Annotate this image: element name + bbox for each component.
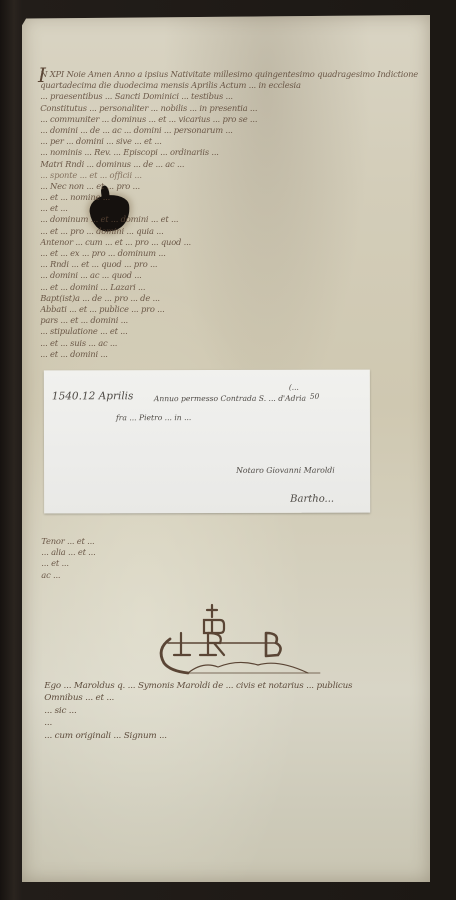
attestation-line: ... [44,717,421,729]
label-catalog-line-1: (... [289,383,299,392]
label-title-line-2: fra ... Pietro ... in ... [116,413,191,422]
body-line: ... per ... domini ... sive ... et ... [40,136,428,147]
label-notary-name: Notaro Giovanni Maroldi [236,466,335,475]
body-line: ... et ... ex ... pro ... dominum ... [40,248,428,259]
body-line: pars ... et ... domini ... [40,315,428,326]
body-line: ... communiter ... dominus ... et ... vi… [40,114,428,125]
attestation-line: ... cum originali ... Signum ... [44,730,421,742]
attestation-line: Ego ... Maroldus q. ... Symonis Maroldi … [44,680,421,692]
attestation-line: ... sic ... [44,705,421,717]
lower-line: ... et ... [41,558,418,569]
body-line: quartadecima die duodecima mensis Aprili… [40,80,428,91]
lower-line: ... alia ... et ... [41,547,418,558]
body-line: ... et ... suis ... ac ... [40,338,428,349]
body-line: Constitutus ... personaliter ... nobilis… [40,103,428,114]
label-catalog-line-2: 50 [310,392,319,401]
body-line: Matri Rndi ... dominus ... de ... ac ... [40,159,428,170]
label-date: 1540.12 Aprilis [52,390,134,402]
body-line: ... sponte ... et ... officii ... [40,170,428,181]
body-line: ... nominis ... Rev. ... Episcopi ... or… [40,147,428,158]
body-line: ... domini ... ac ... quod ... [40,270,428,281]
body-line: ... dominum ... et ... domini ... et ... [40,214,428,225]
main-body-text: N XPI Noie Amen Anno a ipsius Nativitate… [44,69,424,360]
body-line: Bapt(ist)a ... de ... pro ... de ... [40,293,428,304]
body-line: N XPI Noie Amen Anno a ipsius Nativitate… [40,69,428,80]
body-line: ... stipulatione ... et ... [40,326,428,337]
body-line: ... et ... pro ... domini ... quia ... [40,226,428,237]
lower-line: Tenor ... et ... [41,536,418,547]
body-line: ... domini ... de ... ac ... domini ... … [40,125,428,136]
notary-attestation-text: Ego ... Maroldus q. ... Symonis Maroldi … [48,680,418,742]
label-title-line-1: Annuo permesso Contrada S. ... d'Adria [154,394,306,403]
body-line: ... et ... domini ... Lazari ... [40,282,428,293]
body-line: ... Rndi ... et ... quod ... pro ... [40,259,428,270]
body-line: ... praesentibus ... Sancti Dominici ...… [40,91,428,102]
body-line: ... et ... domini ... [40,349,428,360]
body-line: ... et ... nomine ... [40,192,428,203]
body-line: Abbati ... et ... publice ... pro ... [40,304,428,315]
lower-line: ac ... [41,570,418,581]
annotation-label: 1540.12 Aprilis Annuo permesso Contrada … [44,370,370,514]
attestation-line: Omnibus ... et ... [44,692,421,704]
body-line: Antenor ... cum ... et ... pro ... quod … [40,237,428,248]
lower-body-text: Tenor ... et ... ... alia ... et ... ...… [45,536,415,581]
body-line: ... et ... [40,203,428,214]
label-signature: Bartho... [290,494,334,505]
notarial-signum-icon [148,603,328,678]
body-line: ... Nec non ... et ... pro ... [40,181,428,192]
